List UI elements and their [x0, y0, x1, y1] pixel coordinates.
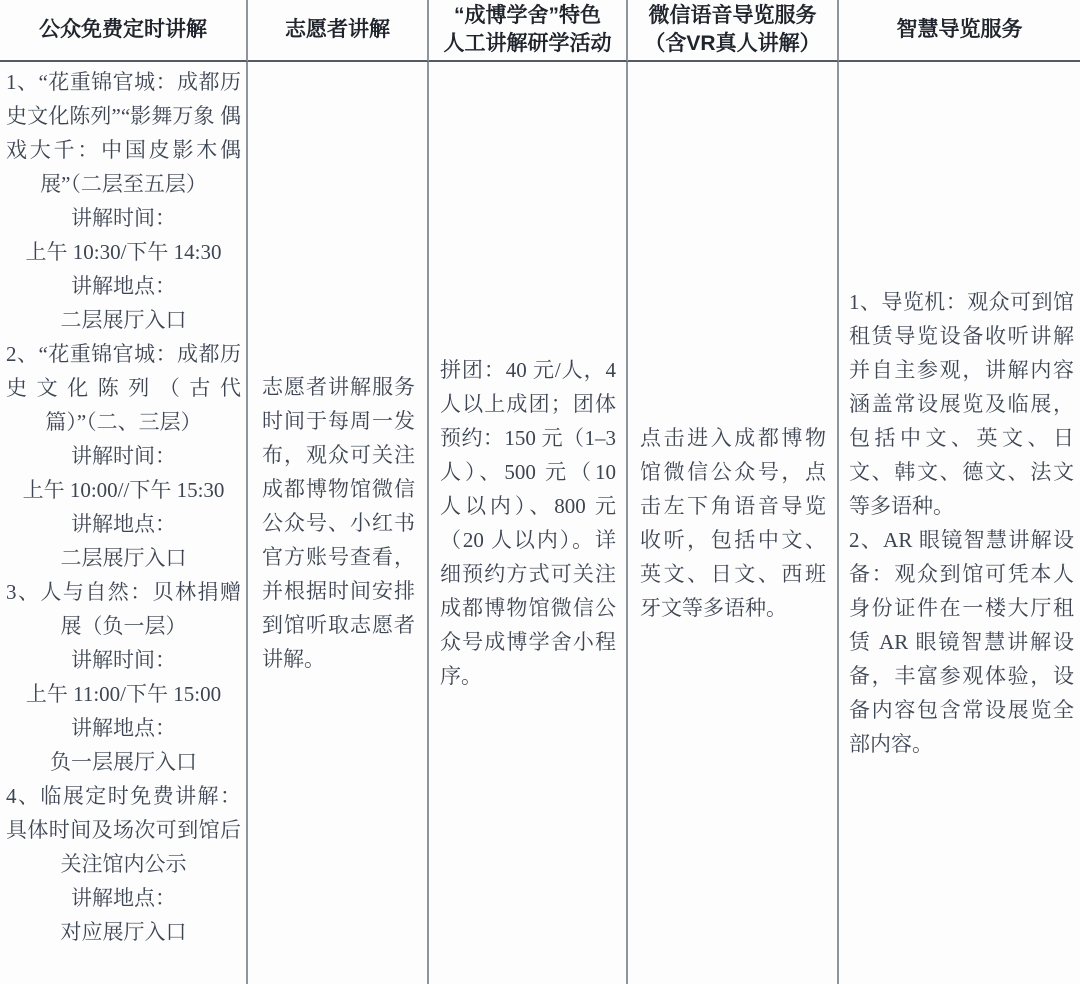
- academy-pricing-text: 拼团：40 元/人，4 人以上成团；团体预约：150 元（1–3 人）、500 …: [440, 353, 616, 693]
- schedule-item-4: 4、临展定时免费讲解：具体时间及场次可到馆后关注馆内公示: [6, 779, 241, 881]
- museum-services-table-page: 公众免费定时讲解 志愿者讲解 “成博学舍”特色 人工讲解研学活动 微信语音导览服…: [0, 0, 1080, 984]
- schedule-item-2: 2、“花重锦官城：成都历史文化陈列（古代篇）”（二、三层）: [6, 337, 241, 439]
- schedule-place-label-4: 讲解地点：: [6, 881, 241, 915]
- services-table: 公众免费定时讲解 志愿者讲解 “成博学舍”特色 人工讲解研学活动 微信语音导览服…: [0, 0, 1080, 984]
- cell-public-free-tours: 1、“花重锦官城：成都历史文化陈列”“影舞万象 偶戏大千：中国皮影木偶展”（二层…: [0, 62, 248, 984]
- schedule-place-1: 二层展厅入口: [6, 303, 241, 337]
- schedule-place-3: 负一层展厅入口: [6, 745, 241, 779]
- cell-academy-program: 拼团：40 元/人，4 人以上成团；团体预约：150 元（1–3 人）、500 …: [429, 62, 628, 984]
- schedule-place-label-2: 讲解地点：: [6, 507, 241, 541]
- schedule-time-3: 上午 11:00/下午 15:00: [6, 677, 241, 711]
- smart-guide-item-1: 1、导览机：观众可到馆租赁导览设备收听讲解并自主参观，讲解内容涵盖常设展览及临展…: [849, 285, 1074, 523]
- schedule-place-label-1: 讲解地点：: [6, 269, 241, 303]
- header-public-free-tours: 公众免费定时讲解: [0, 0, 248, 62]
- schedule-time-label-1: 讲解时间：: [6, 201, 241, 235]
- schedule-time-1: 上午 10:30/下午 14:30: [6, 235, 241, 269]
- schedule-place-label-3: 讲解地点：: [6, 711, 241, 745]
- header-smart-guide: 智慧导览服务: [839, 0, 1080, 62]
- volunteer-text: 志愿者讲解服务时间于每周一发布，观众可关注成都博物馆微信公众号、小红书官方账号查…: [262, 370, 415, 676]
- schedule-place-4: 对应展厅入口: [6, 915, 241, 949]
- header-wechat-audio-guide: 微信语音导览服务 （含VR真人讲解）: [628, 0, 839, 62]
- schedule-time-label-3: 讲解时间：: [6, 643, 241, 677]
- wechat-audio-text: 点击进入成都博物馆微信公众号，点击左下角语音导览收听，包括中文、英文、日文、西班…: [640, 421, 826, 625]
- header-academy-program: “成博学舍”特色 人工讲解研学活动: [429, 0, 628, 62]
- header-volunteer-tours: 志愿者讲解: [248, 0, 429, 62]
- cell-wechat-audio-guide: 点击进入成都博物馆微信公众号，点击左下角语音导览收听，包括中文、英文、日文、西班…: [628, 62, 839, 984]
- schedule-time-label-2: 讲解时间：: [6, 439, 241, 473]
- schedule-item-3: 3、人与自然：贝林捐赠展（负一层）: [6, 575, 241, 643]
- schedule-item-1: 1、“花重锦官城：成都历史文化陈列”“影舞万象 偶戏大千：中国皮影木偶展”（二层…: [6, 65, 241, 201]
- cell-volunteer-tours: 志愿者讲解服务时间于每周一发布，观众可关注成都博物馆微信公众号、小红书官方账号查…: [248, 62, 429, 984]
- smart-guide-item-2: 2、AR 眼镜智慧讲解设备：观众到馆可凭本人身份证件在一楼大厅租赁 AR 眼镜智…: [849, 523, 1074, 761]
- schedule-place-2: 二层展厅入口: [6, 541, 241, 575]
- schedule-time-2: 上午 10:00//下午 15:30: [6, 473, 241, 507]
- cell-smart-guide: 1、导览机：观众可到馆租赁导览设备收听讲解并自主参观，讲解内容涵盖常设展览及临展…: [839, 62, 1080, 984]
